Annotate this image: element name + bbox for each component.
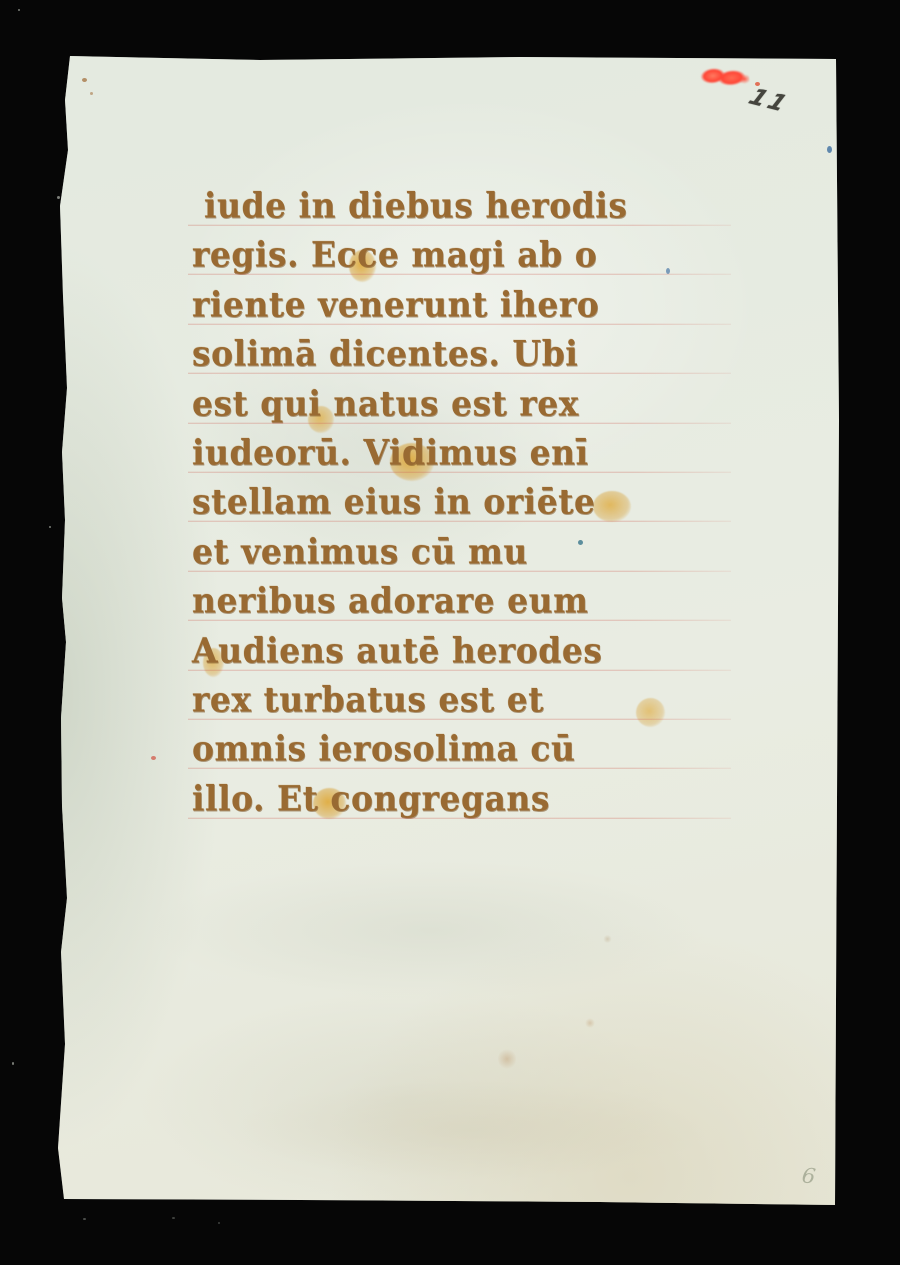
- blue-ink-speck: [827, 146, 832, 153]
- manuscript-text-line: iude in diebus herodis: [192, 180, 704, 231]
- brown-speck: [90, 92, 93, 95]
- corner-pencil-mark: 6: [800, 1163, 817, 1189]
- manuscript-text-block: iude in diebus herodis regis. Ecce magi …: [192, 181, 704, 823]
- dust-speck: [12, 1062, 14, 1065]
- folio-number: 11: [744, 85, 793, 118]
- manuscript-text-line: riente venerunt ihero: [192, 279, 704, 330]
- red-ink-speck: [755, 82, 760, 86]
- manuscript-text-line: stellam eius in oriēte: [192, 476, 704, 527]
- vellum-mottle: [150, 860, 710, 1000]
- dust-speck: [57, 196, 60, 199]
- rust-freckle: [603, 935, 612, 943]
- blue-ink-speck: [578, 540, 583, 545]
- manuscript-text-line: est qui natus est rex: [192, 378, 704, 429]
- dust-speck: [18, 9, 20, 11]
- manuscript-text-line: neribus adorare eum: [192, 575, 704, 626]
- manuscript-text-line: illo. Et congregans: [192, 773, 704, 824]
- manuscript-text-line: rex turbatus est et: [192, 674, 704, 725]
- manuscript-text-line: iudeorū. Vidimus enī: [192, 427, 704, 478]
- manuscript-text-line: Audiens autē herodes: [192, 625, 704, 676]
- rust-freckle: [498, 1048, 516, 1070]
- vellum-mottle: [230, 1080, 710, 1180]
- blue-ink-speck: [666, 268, 670, 274]
- manuscript-text-line: regis. Ecce magi ab o: [192, 229, 704, 280]
- dust-speck: [218, 1222, 220, 1224]
- dust-speck: [83, 1218, 86, 1220]
- manuscript-text-line: omnis ierosolima cū: [192, 723, 704, 774]
- rust-freckle: [585, 1018, 595, 1028]
- manuscript-text-line: solimā dicentes. Ubi: [192, 328, 704, 379]
- dust-speck: [172, 1217, 175, 1219]
- manuscript-text-line: et venimus cū mu: [192, 526, 704, 577]
- dust-speck: [49, 526, 51, 528]
- brown-speck: [82, 78, 87, 82]
- red-wax-smudge: [698, 60, 750, 91]
- manuscript-leaf: iude in diebus herodis regis. Ecce magi …: [0, 0, 900, 1265]
- red-ink-speck: [151, 756, 156, 760]
